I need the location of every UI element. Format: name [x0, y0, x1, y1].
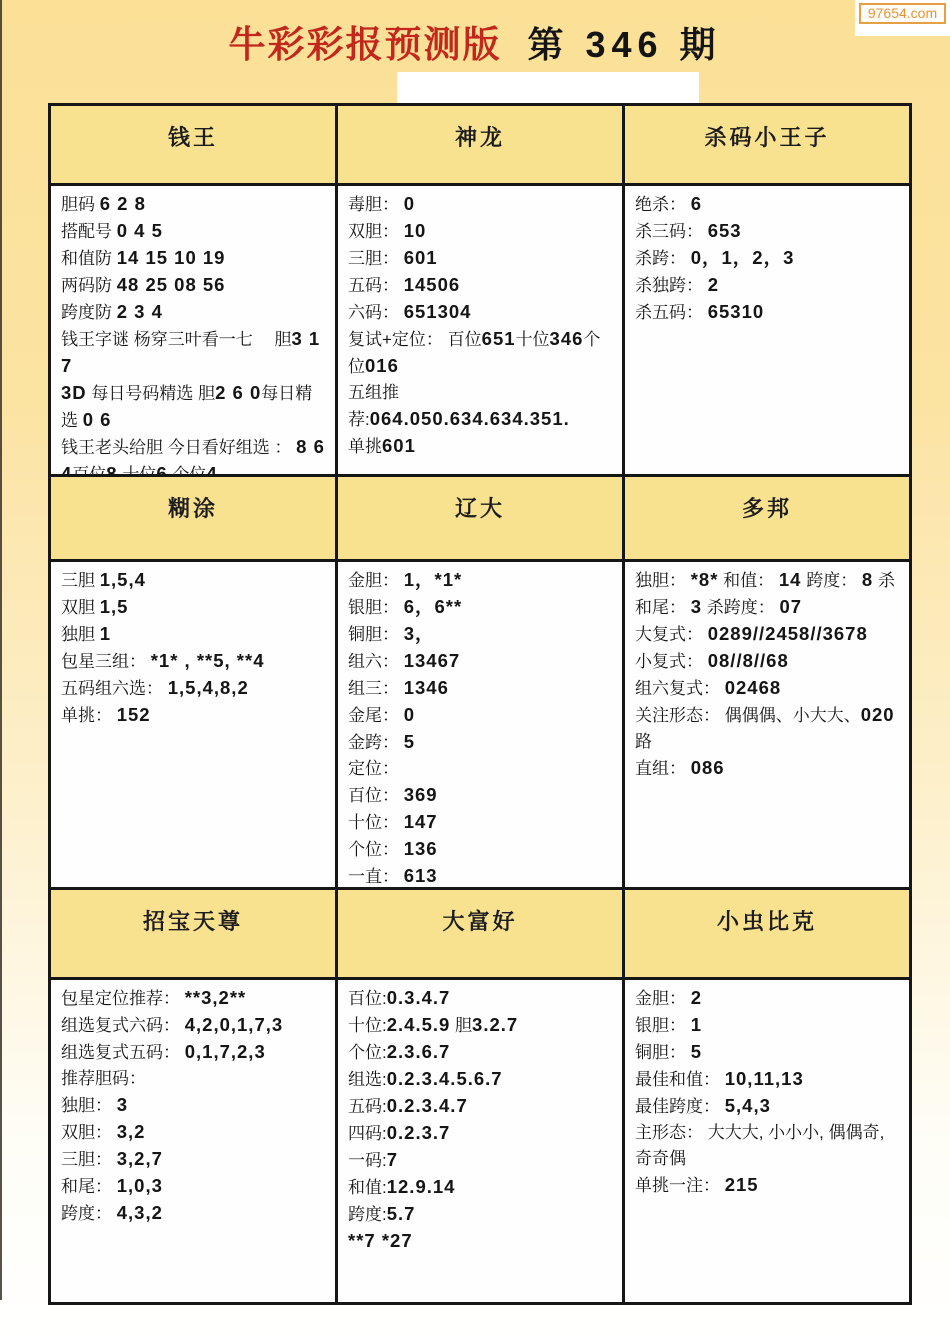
text-line: 绝杀： 6 — [635, 191, 899, 218]
value-text: 3， — [404, 623, 435, 644]
label-text: 和值防 — [61, 249, 117, 268]
value-text: 0289//2458//3678 — [708, 623, 868, 644]
value-text: 653 — [708, 220, 742, 241]
value-text: 601 — [382, 435, 416, 456]
value-text: 346 — [550, 328, 584, 349]
text-line: 金胆： 1，*1* — [348, 567, 612, 594]
label-text: 两码防 — [61, 276, 117, 295]
label-text: 复试+定位： 百位 — [348, 330, 482, 349]
label-text: 银胆： — [348, 598, 404, 617]
label-text: 铜胆： — [635, 1043, 691, 1062]
label-text: 包星定位推荐： — [61, 989, 185, 1008]
panel-body: 毒胆： 0双胆： 10三胆： 601五码： 14506六码： 651304复试+… — [338, 186, 622, 474]
text-line: 五码:0.2.3.4.7 — [348, 1093, 612, 1120]
value-text: 601 — [404, 247, 438, 268]
panel-body: 金胆： 2银胆： 1铜胆： 5最佳和值： 10,11,13最佳跨度： 5,4,3… — [625, 980, 909, 1302]
text-line: 最佳和值： 10,11,13 — [635, 1066, 899, 1093]
label-text: 直组： — [635, 759, 691, 778]
text-line: 铜胆： 5 — [635, 1039, 899, 1066]
text-line: 杀跨： 0，1，2，3 — [635, 245, 899, 272]
value-text: 3.2.7 — [472, 1014, 518, 1035]
value-text: 2 — [708, 274, 719, 295]
label-text: 一码: — [348, 1151, 387, 1170]
label-text: 个位: — [348, 1043, 387, 1062]
value-text: 136 — [404, 838, 438, 859]
value-text: 3 — [691, 596, 702, 617]
label-text: 百位： — [348, 786, 404, 805]
label-text: 三胆 — [61, 571, 100, 590]
text-line: 大复式： 0289//2458//3678 — [635, 621, 899, 648]
value-text: 13467 — [404, 650, 460, 671]
value-text: 369 — [404, 784, 438, 805]
label-text: 推荐胆码： — [61, 1069, 146, 1088]
value-text: 064.050.634.634.351. — [370, 408, 570, 429]
value-text: 5,4,3 — [725, 1095, 771, 1116]
text-line: 小复式： 08//8//68 — [635, 648, 899, 675]
label-text: 杀跨： — [635, 249, 691, 268]
text-line: 组选复式五码： 0,1,7,2,3 — [61, 1039, 325, 1066]
text-line: 百位： 369 — [348, 782, 612, 809]
value-text: 651304 — [404, 301, 472, 322]
text-line: 独胆： 3 — [61, 1092, 325, 1119]
value-text: 2 — [691, 987, 702, 1008]
text-line: 跨度： 4,3,2 — [61, 1200, 325, 1227]
panel-header: 招宝天尊 — [51, 890, 335, 977]
label-text: 十位 — [516, 330, 550, 349]
label-text: 独胆 — [61, 625, 100, 644]
panel-body: 绝杀： 6杀三码： 653杀跨： 0，1，2，3杀独跨： 2杀五码： 65310 — [625, 186, 909, 474]
page-left-edge — [0, 0, 2, 1300]
value-text: 08//8//68 — [708, 650, 789, 671]
value-text: 1346 — [404, 677, 449, 698]
text-line: 十位:2.4.5.9 胆3.2.7 — [348, 1012, 612, 1039]
site-badge: 97654.com — [859, 3, 946, 24]
text-line: 百位:0.3.4.7 — [348, 985, 612, 1012]
text-line: 复试+定位： 百位651十位346个位016 — [348, 326, 612, 380]
text-line: 胆码 6 2 8 — [61, 191, 325, 218]
panel-body: 独胆： *8* 和值： 14 跨度： 8 杀和尾： 3 杀跨度： 07大复式： … — [625, 562, 909, 887]
text-line: 五码： 14506 — [348, 272, 612, 299]
text-line: 单挑一注： 215 — [635, 1172, 899, 1199]
value-text: 651 — [482, 328, 516, 349]
panel-body: 胆码 6 2 8搭配号 0 4 5和值防 14 15 10 19两码防 48 2… — [51, 186, 335, 474]
value-text: 4,3,2 — [117, 1202, 163, 1223]
text-line: 三胆： 3,2,7 — [61, 1146, 325, 1173]
label-text: 独胆： — [635, 571, 691, 590]
label-text: 杀五码： — [635, 303, 708, 322]
text-line: 铜胆： 3， — [348, 621, 612, 648]
text-line: 毒胆： 0 — [348, 191, 612, 218]
text-line: 独胆： *8* 和值： 14 跨度： 8 杀和尾： 3 杀跨度： 07 — [635, 567, 899, 621]
label-text: 五码： — [348, 276, 404, 295]
panel-header: 神龙 — [338, 106, 622, 183]
label-text: 五码: — [348, 1097, 387, 1116]
value-text: 14 — [779, 569, 802, 590]
panel-header: 钱王 — [51, 106, 335, 183]
text-line: 杀独跨： 2 — [635, 272, 899, 299]
label-text: 双胆： — [61, 1123, 117, 1142]
panel-body: 百位:0.3.4.7十位:2.4.5.9 胆3.2.7个位:2.3.6.7组选:… — [338, 980, 622, 1302]
label-text: 和值： — [718, 571, 778, 590]
label-text: 小复式： — [635, 652, 708, 671]
text-line: 金跨： 5 — [348, 729, 612, 756]
text-line: 双胆： 10 — [348, 218, 612, 245]
text-line: 主形态： 大大大, 小小小, 偶偶奇, 奇奇偶 — [635, 1120, 899, 1172]
value-text: 0.3.4.7 — [387, 987, 451, 1008]
label-text: 四码: — [348, 1124, 387, 1143]
value-text: 0.2.3.7 — [387, 1122, 451, 1143]
label-text: 金胆： — [635, 989, 691, 1008]
label-text: 杀独跨： — [635, 276, 708, 295]
value-text: 613 — [404, 865, 438, 886]
text-line: 和值:12.9.14 — [348, 1174, 612, 1201]
label-text: 每日号码精选 胆 — [87, 384, 215, 403]
label-text: 和尾： — [61, 1177, 117, 1196]
panel-header: 大富好 — [338, 890, 622, 977]
value-text: 1,5 — [100, 596, 129, 617]
panel-header: 糊涂 — [51, 477, 335, 559]
text-line: 跨度防 2 3 4 — [61, 299, 325, 326]
text-line: 两码防 48 25 08 56 — [61, 272, 325, 299]
label-text: 胆码 — [61, 195, 100, 214]
text-line: 杀五码： 65310 — [635, 299, 899, 326]
label-text: 搭配号 — [61, 222, 117, 241]
label-text: 单挑： — [61, 706, 117, 725]
value-text: 2.4.5.9 — [387, 1014, 451, 1035]
value-text: 48 25 08 56 — [117, 274, 226, 295]
value-text: 3,2,7 — [117, 1148, 163, 1169]
text-line: 包星三组： *1* , **5, **4 — [61, 648, 325, 675]
label-text: 六码： — [348, 303, 404, 322]
value-text: 086 — [691, 757, 725, 778]
value-text: 2.3.6.7 — [387, 1041, 451, 1062]
text-line: 十位： 147 — [348, 809, 612, 836]
text-line: 金尾： 0 — [348, 702, 612, 729]
text-line: 最佳跨度： 5,4,3 — [635, 1093, 899, 1120]
value-text: 147 — [404, 811, 438, 832]
value-text: **7 *27 — [348, 1230, 413, 1251]
text-line: 钱王字谜 杨穿三叶看一七 胆3 1 7 — [61, 326, 325, 380]
label-text: 跨度： — [801, 571, 861, 590]
value-text: 2 6 0 — [215, 382, 261, 403]
value-text: 016 — [365, 355, 399, 376]
text-line: 金胆： 2 — [635, 985, 899, 1012]
label-text: 定位： — [348, 759, 399, 778]
text-line: 组三： 1346 — [348, 675, 612, 702]
text-line: 搭配号 0 4 5 — [61, 218, 325, 245]
label-text: 大复式： — [635, 625, 708, 644]
text-line: 个位： 136 — [348, 836, 612, 863]
value-text: 02468 — [725, 677, 781, 698]
text-line: 一直： 613 — [348, 863, 612, 890]
value-text: 10 — [404, 220, 427, 241]
text-line: 银胆： 6，6** — [348, 594, 612, 621]
text-line: 3D 每日号码精选 胆2 6 0每日精选 0 6 — [61, 380, 325, 434]
text-line: 和尾： 1,0,3 — [61, 1173, 325, 1200]
page-title-brand: 牛彩彩报预测版 — [228, 24, 501, 65]
label-text: 个位： — [348, 840, 404, 859]
text-line: 三胆 1,5,4 — [61, 567, 325, 594]
text-line: 银胆： 1 — [635, 1012, 899, 1039]
value-text: 152 — [117, 704, 151, 725]
text-line: 关注形态： 偶偶偶、小大大、020路 — [635, 702, 899, 755]
value-text: 14506 — [404, 274, 460, 295]
value-text: 0，1，2，3 — [691, 247, 795, 268]
label-text: 主形态： 大大大, 小小小, 偶偶奇, 奇奇偶 — [635, 1123, 884, 1168]
site-badge-box: 97654.com — [855, 0, 950, 36]
value-text: 0 — [404, 193, 415, 214]
value-text: 7 — [387, 1149, 398, 1170]
label-text: 双胆 — [61, 598, 100, 617]
value-text: 215 — [725, 1174, 759, 1195]
label-text: 钱王字谜 杨穿三叶看一七 胆 — [61, 330, 291, 349]
value-text: 3,2 — [117, 1121, 146, 1142]
value-text: 4,2,0,1,7,3 — [185, 1014, 283, 1035]
value-text: 0.2.3.4.7 — [387, 1095, 468, 1116]
value-text: 1,0,3 — [117, 1175, 163, 1196]
text-line: 组六： 13467 — [348, 648, 612, 675]
value-text: 2 3 4 — [117, 301, 163, 322]
value-text: 3D — [61, 382, 87, 403]
value-text: **3,2** — [185, 987, 247, 1008]
label-text: 组三： — [348, 679, 404, 698]
panel-body: 金胆： 1，*1*银胆： 6，6**铜胆： 3，组六： 13467组三： 134… — [338, 562, 622, 887]
label-text: 五码组六选： — [61, 679, 168, 698]
label-text: 包星三组： — [61, 652, 151, 671]
label-text: 金跨： — [348, 733, 404, 752]
value-text: 6 2 8 — [100, 193, 146, 214]
text-line: 一码:7 — [348, 1147, 612, 1174]
label-text: 最佳跨度： — [635, 1097, 725, 1116]
value-text: 1,5,4,8,2 — [168, 677, 249, 698]
value-text: 5 — [404, 731, 415, 752]
panel-header: 辽大 — [338, 477, 622, 559]
value-text: 0,1,7,2,3 — [185, 1041, 266, 1062]
value-text: 1，*1* — [404, 569, 462, 590]
value-text: *1* , **5, **4 — [151, 650, 265, 671]
panel-body: 包星定位推荐： **3,2**组选复式六码： 4,2,0,1,7,3组选复式五码… — [51, 980, 335, 1302]
prediction-grid: 钱王 神龙 杀码小王子 胆码 6 2 8搭配号 0 4 5和值防 14 15 1… — [48, 103, 912, 1305]
text-line: 直组： 086 — [635, 755, 899, 782]
label-text: 铜胆： — [348, 625, 404, 644]
label-text: 独胆： — [61, 1096, 117, 1115]
text-line: 包星定位推荐： **3,2** — [61, 985, 325, 1012]
text-line: **7 *27 — [348, 1228, 612, 1255]
label-text: 跨度： — [61, 1204, 117, 1223]
value-text: 65310 — [708, 301, 764, 322]
value-text: 1 — [100, 623, 111, 644]
text-line: 双胆： 3,2 — [61, 1119, 325, 1146]
value-text: 020 — [861, 704, 895, 725]
value-text: 0 — [404, 704, 415, 725]
text-line: 组选复式六码： 4,2,0,1,7,3 — [61, 1012, 325, 1039]
text-line: 跨度:5.7 — [348, 1201, 612, 1228]
text-line: 独胆 1 — [61, 621, 325, 648]
label-text: 关注形态： 偶偶偶、小大大、 — [635, 706, 861, 725]
label-text: 跨度: — [348, 1205, 387, 1224]
value-text: 1,5,4 — [100, 569, 146, 590]
text-line: 五组推荐:064.050.634.634.351. — [348, 380, 612, 433]
label-text: 一直： — [348, 867, 404, 886]
text-line: 组六复式： 02468 — [635, 675, 899, 702]
text-line: 定位： — [348, 756, 612, 782]
panel-header: 小虫比克 — [625, 890, 909, 977]
value-text: 5 — [691, 1041, 702, 1062]
value-text: 14 15 10 19 — [117, 247, 226, 268]
label-text: 金胆： — [348, 571, 404, 590]
value-text: 5.7 — [387, 1203, 416, 1224]
label-text: 三胆： — [61, 1150, 117, 1169]
value-text: 6，6** — [404, 596, 462, 617]
label-text: 金尾： — [348, 706, 404, 725]
text-line: 四码:0.2.3.7 — [348, 1120, 612, 1147]
text-line: 单挑： 152 — [61, 702, 325, 729]
label-text: 十位： — [348, 813, 404, 832]
text-line: 单挑601 — [348, 433, 612, 460]
value-text: 0 6 — [83, 409, 112, 430]
blank-patch — [397, 72, 699, 103]
label-text: 胆 — [450, 1016, 472, 1035]
label-text: 杀跨度： — [702, 598, 779, 617]
text-line: 杀三码： 653 — [635, 218, 899, 245]
label-text: 组选复式五码： — [61, 1043, 185, 1062]
label-text: 跨度防 — [61, 303, 117, 322]
text-line: 三胆： 601 — [348, 245, 612, 272]
label-text: 三胆： — [348, 249, 404, 268]
label-text: 毒胆： — [348, 195, 404, 214]
label-text: 组选: — [348, 1070, 387, 1089]
value-text: 1 — [691, 1014, 702, 1035]
label-text: 杀三码： — [635, 222, 708, 241]
value-text: 3 — [117, 1094, 128, 1115]
value-text: 6 — [691, 193, 702, 214]
label-text: 银胆： — [635, 1016, 691, 1035]
label-text: 路 — [635, 732, 652, 751]
panel-header: 杀码小王子 — [625, 106, 909, 183]
value-text: 07 — [779, 596, 802, 617]
value-text: 0 4 5 — [117, 220, 163, 241]
label-text: 组六： — [348, 652, 404, 671]
text-line: 组选:0.2.3.4.5.6.7 — [348, 1066, 612, 1093]
page-title-issue: 第 346 期 — [527, 24, 721, 65]
value-text: 10,11,13 — [725, 1068, 804, 1089]
text-line: 个位:2.3.6.7 — [348, 1039, 612, 1066]
text-line: 推荐胆码： — [61, 1066, 325, 1092]
label-text: 组六复式： — [635, 679, 725, 698]
value-text: 0.2.3.4.5.6.7 — [387, 1068, 503, 1089]
label-text: 最佳和值： — [635, 1070, 725, 1089]
text-line: 双胆 1,5 — [61, 594, 325, 621]
label-text: 钱王老头给胆 今日看好组选 ： — [61, 438, 296, 457]
panel-body: 三胆 1,5,4双胆 1,5独胆 1包星三组： *1* , **5, **4五码… — [51, 562, 335, 887]
text-line: 和值防 14 15 10 19 — [61, 245, 325, 272]
label-text: 双胆： — [348, 222, 404, 241]
value-text: 12.9.14 — [387, 1176, 456, 1197]
value-text: *8* — [691, 569, 719, 590]
label-text: 绝杀： — [635, 195, 691, 214]
text-line: 五码组六选： 1,5,4,8,2 — [61, 675, 325, 702]
label-text: 十位: — [348, 1016, 387, 1035]
panel-header: 多邦 — [625, 477, 909, 559]
page-title: 牛彩彩报预测版第 346 期 — [0, 14, 950, 68]
label-text: 和值: — [348, 1178, 387, 1197]
text-line: 六码： 651304 — [348, 299, 612, 326]
label-text: 单挑一注： — [635, 1176, 725, 1195]
label-text: 百位: — [348, 989, 387, 1008]
label-text: 单挑 — [348, 437, 382, 456]
value-text: 8 — [862, 569, 873, 590]
label-text: 组选复式六码： — [61, 1016, 185, 1035]
